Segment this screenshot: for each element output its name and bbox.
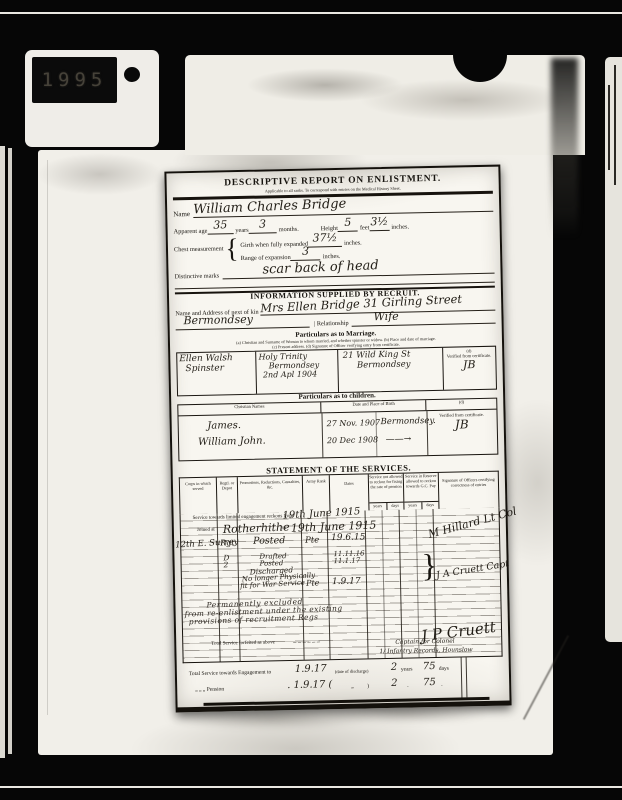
- entry-event: Posted: [253, 535, 285, 547]
- totals-pension-date: . 1.9.17 (: [287, 679, 332, 691]
- joined-on-label: on: [281, 526, 286, 531]
- entry-date: 1.9.17: [332, 577, 361, 588]
- frame-counter-device: 1995: [25, 50, 159, 147]
- svc-vsep: [382, 510, 386, 658]
- svc-col-pension: Service not allowed to reckon for fixing…: [368, 474, 404, 511]
- marks-value: scar back of head: [262, 258, 379, 277]
- name-label: Name: [173, 210, 190, 218]
- children-verified-mark: JB: [430, 417, 494, 432]
- svc-col-reserve: Service in Reserve allowed to reckon tow…: [403, 473, 439, 510]
- officer-signature-1: M Hillard Lt Col: [427, 504, 518, 540]
- totals-engagement-label: Total Service towards Engagement to: [189, 669, 272, 677]
- totals-section: Total Service towards Engagement to 1.9.…: [183, 657, 504, 710]
- children-table: Christian Names Date and Place of Birth …: [177, 398, 498, 462]
- counter-display: 1995: [32, 57, 117, 103]
- age-label: Apparent age: [174, 227, 208, 235]
- entry-rank: Pte: [305, 535, 319, 545]
- date-of-discharge-label: (date of discharge): [335, 668, 369, 674]
- services-table-body: Service towards limited engagement recko…: [180, 508, 503, 664]
- name-value: William Charles Bridge: [193, 196, 347, 217]
- svc-vsep: [217, 514, 221, 662]
- film-bottom-edge-line: [0, 786, 622, 788]
- child-name: William John.: [198, 436, 266, 448]
- totals-vsep: [461, 657, 463, 697]
- months-value: 3: [259, 217, 266, 230]
- film-top-edge-line: [0, 12, 622, 14]
- child-birth-date: 20 Dec 1908: [327, 435, 378, 445]
- officer-signature-2: J A Cruett Capt: [435, 558, 510, 581]
- totals-bottom-rule: [204, 697, 490, 705]
- marriage-cell-verified: (d) Verified from certificate. JB: [442, 347, 496, 390]
- entry-depot: Rgt: [220, 538, 235, 547]
- child-name: James.: [207, 420, 241, 432]
- adjacent-frame-line: [608, 85, 610, 170]
- totals-vsep: [466, 657, 468, 697]
- forfeited-dashes: – – – – – –: [293, 638, 320, 646]
- days-label: days: [439, 666, 449, 672]
- child-birth-date: 27 Nov. 1907: [326, 418, 380, 428]
- relationship-value: Wife: [373, 310, 398, 324]
- forfeited-label: Total Service forfeited as above: [211, 640, 275, 646]
- feet-label: feet: [360, 224, 370, 231]
- recruit-info-section: INFORMATION SUPPLIED BY RECRUIT. Name an…: [175, 287, 497, 394]
- svc-vsep: [416, 509, 420, 657]
- children-body: James. William John. 27 Nov. 1907 20 Dec…: [179, 410, 498, 461]
- svc-col-pension-label: Service not allowed to reckon for fixing…: [369, 474, 404, 503]
- inches-label: inches.: [391, 223, 409, 230]
- inches-value-line: 3½: [369, 211, 389, 230]
- totals-pension-close: ): [367, 683, 369, 689]
- entry-depot: 2: [224, 560, 229, 569]
- adjacent-film-frame: [605, 57, 622, 642]
- counter-digits: 1995: [42, 69, 108, 91]
- totals-engagement-years: 2: [391, 662, 398, 673]
- svc-col-reserve-label: Service in Reserve allowed to reckon tow…: [404, 473, 439, 502]
- records-stamp-1: Captain for Colonel: [395, 638, 455, 646]
- verified-mark: JB: [444, 358, 495, 372]
- joined-at-place: Rotherhithe: [223, 520, 290, 536]
- svc-col-rank: Army Rank: [302, 475, 330, 512]
- children-section: Particulars as to children. Christian Na…: [177, 389, 498, 468]
- marriage-address-2: Bermondsey: [357, 359, 438, 371]
- entry-date: 11.1.17: [333, 557, 360, 566]
- totals-pension-years: 2: [391, 678, 398, 689]
- joined-at-label: Joined at: [197, 528, 215, 533]
- marks-label: Distinctive marks: [174, 272, 219, 280]
- nok-value-2: Bermondsey: [183, 313, 253, 327]
- entry-date: 19.6.15: [331, 532, 366, 543]
- children-col-d: (d): [426, 399, 497, 410]
- woman-status: Spinster: [185, 363, 253, 374]
- years-label: years: [401, 666, 413, 672]
- children-vsep: [322, 413, 324, 457]
- counter-dot: [124, 67, 140, 82]
- svc-vsep: [399, 510, 403, 658]
- totals-pension-days: 75: [423, 677, 436, 688]
- months-label: months.: [279, 225, 299, 232]
- svc-col-corps: Corps in which served: [180, 478, 217, 515]
- marriage-cell-name: Ellen Walsh Spinster: [177, 352, 256, 396]
- svc-col-promotions: Promotions, Reductions, Casualties, &c.: [237, 476, 303, 513]
- marriage-cell-address: 21 Wild King St Bermondsey: [338, 348, 443, 392]
- totals-engagement-days: 75: [423, 661, 436, 672]
- totals-dot: .: [407, 683, 409, 689]
- film-left-sliver: [0, 146, 5, 758]
- enlistment-form-document: DESCRIPTIVE REPORT ON ENLISTMENT. Applic…: [164, 165, 511, 713]
- totals-engagement-date: 1.9.17: [295, 663, 327, 675]
- svc-col-depot: Regtl. or Depot: [216, 477, 238, 513]
- records-stamp-2: 1/ Infantry Records, Hounslow: [379, 646, 472, 655]
- child-birth-place-ditto: ——→: [386, 434, 412, 445]
- marriage-date: 2nd Apl 1904: [263, 369, 336, 380]
- entry-rank: Pte: [306, 578, 320, 587]
- totals-dot: .: [441, 682, 443, 688]
- months-value-line: 3: [248, 214, 276, 234]
- film-frame-top-band: [185, 55, 585, 155]
- brace-glyph: {: [225, 235, 239, 262]
- svc-col-dates: Dates: [329, 474, 369, 511]
- child-birth-place: Bermondsey.: [380, 416, 435, 427]
- svc-col-signature: Signature of Officers certifying correct…: [438, 472, 499, 509]
- film-notch: [453, 28, 507, 82]
- totals-pension-label: „ „ „ Pension: [195, 686, 224, 693]
- marriage-table: Ellen Walsh Spinster Holy Trinity Bermon…: [176, 346, 497, 397]
- film-left-sliver-2: [8, 148, 12, 754]
- signature-brace: }: [421, 547, 437, 584]
- services-section: STATEMENT OF THE SERVICES. Corps in whic…: [179, 461, 503, 664]
- adjacent-frame-line: [614, 65, 616, 185]
- girth-units: inches.: [344, 239, 362, 246]
- inches-value: 3½: [370, 214, 388, 227]
- age-value: 35: [213, 218, 227, 231]
- film-scratch-line: [47, 160, 48, 715]
- relationship-label: | Relationship: [314, 320, 349, 328]
- expansion-value: 3: [302, 244, 309, 257]
- chest-label: Chest measurement: [174, 245, 224, 253]
- feet-value: 5: [344, 215, 351, 228]
- children-verified-cell: Verified from certificate. JB: [430, 412, 494, 432]
- age-value-line: 35: [207, 215, 233, 235]
- descriptive-report-section: DESCRIPTIVE REPORT ON ENLISTMENT. Applic…: [173, 173, 495, 292]
- totals-pension-ditto: „: [351, 684, 354, 690]
- marriage-cell-place: Holy Trinity Bermondsey 2nd Apl 1904: [255, 350, 338, 394]
- film-smudge-streak: [551, 58, 578, 238]
